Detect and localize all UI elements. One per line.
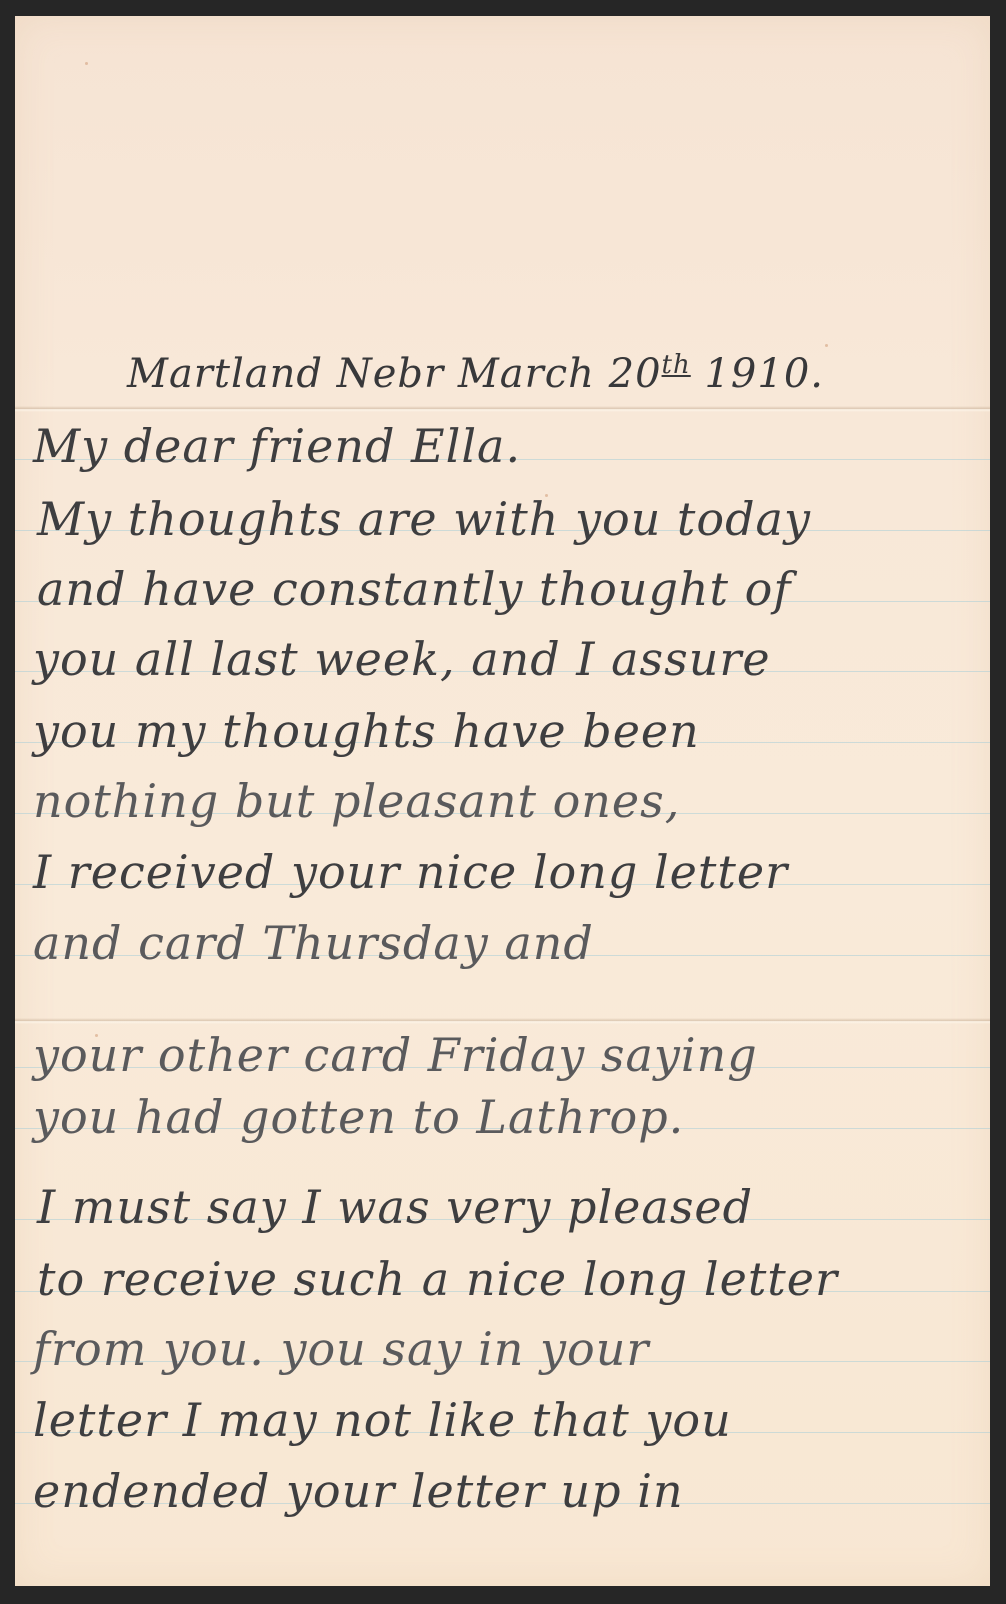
body-line: I must say I was very pleased — [37, 1184, 753, 1230]
body-line: your other card Friday saying — [33, 1032, 758, 1078]
body-line: from you. you say in your — [33, 1326, 649, 1372]
body-line: nothing but pleasant ones, — [33, 778, 680, 824]
body-line: I received your nice long letter — [33, 849, 788, 895]
body-line: you all last week, and I assure — [33, 636, 771, 682]
body-line: to receive such a nice long letter — [37, 1256, 838, 1302]
body-line: endended your letter up in — [33, 1468, 684, 1514]
fold-crease-lower — [15, 1018, 990, 1024]
body-line: My thoughts are with you today — [37, 496, 811, 542]
paper-speck — [825, 344, 828, 347]
letter-heading: Martland Nebr March 20th 1910. — [127, 352, 824, 394]
fold-crease-upper — [15, 406, 990, 412]
letter-page: Martland Nebr March 20th 1910. My dear f… — [15, 16, 990, 1586]
heading-year: 1910. — [704, 351, 824, 397]
body-line: you had gotten to Lathrop. — [33, 1094, 684, 1140]
body-line: and have constantly thought of — [37, 566, 791, 612]
paper-speck — [85, 62, 88, 65]
salutation: My dear friend Ella. — [33, 423, 521, 469]
body-line: letter I may not like that you — [33, 1397, 732, 1443]
body-line: and card Thursday and — [33, 920, 594, 966]
heading-place: Martland Nebr — [127, 351, 444, 397]
heading-date: March 20 — [458, 351, 662, 397]
heading-day-suffix: th — [662, 350, 691, 380]
body-line: you my thoughts have been — [33, 708, 700, 754]
scan-frame: Martland Nebr March 20th 1910. My dear f… — [0, 0, 1006, 1604]
